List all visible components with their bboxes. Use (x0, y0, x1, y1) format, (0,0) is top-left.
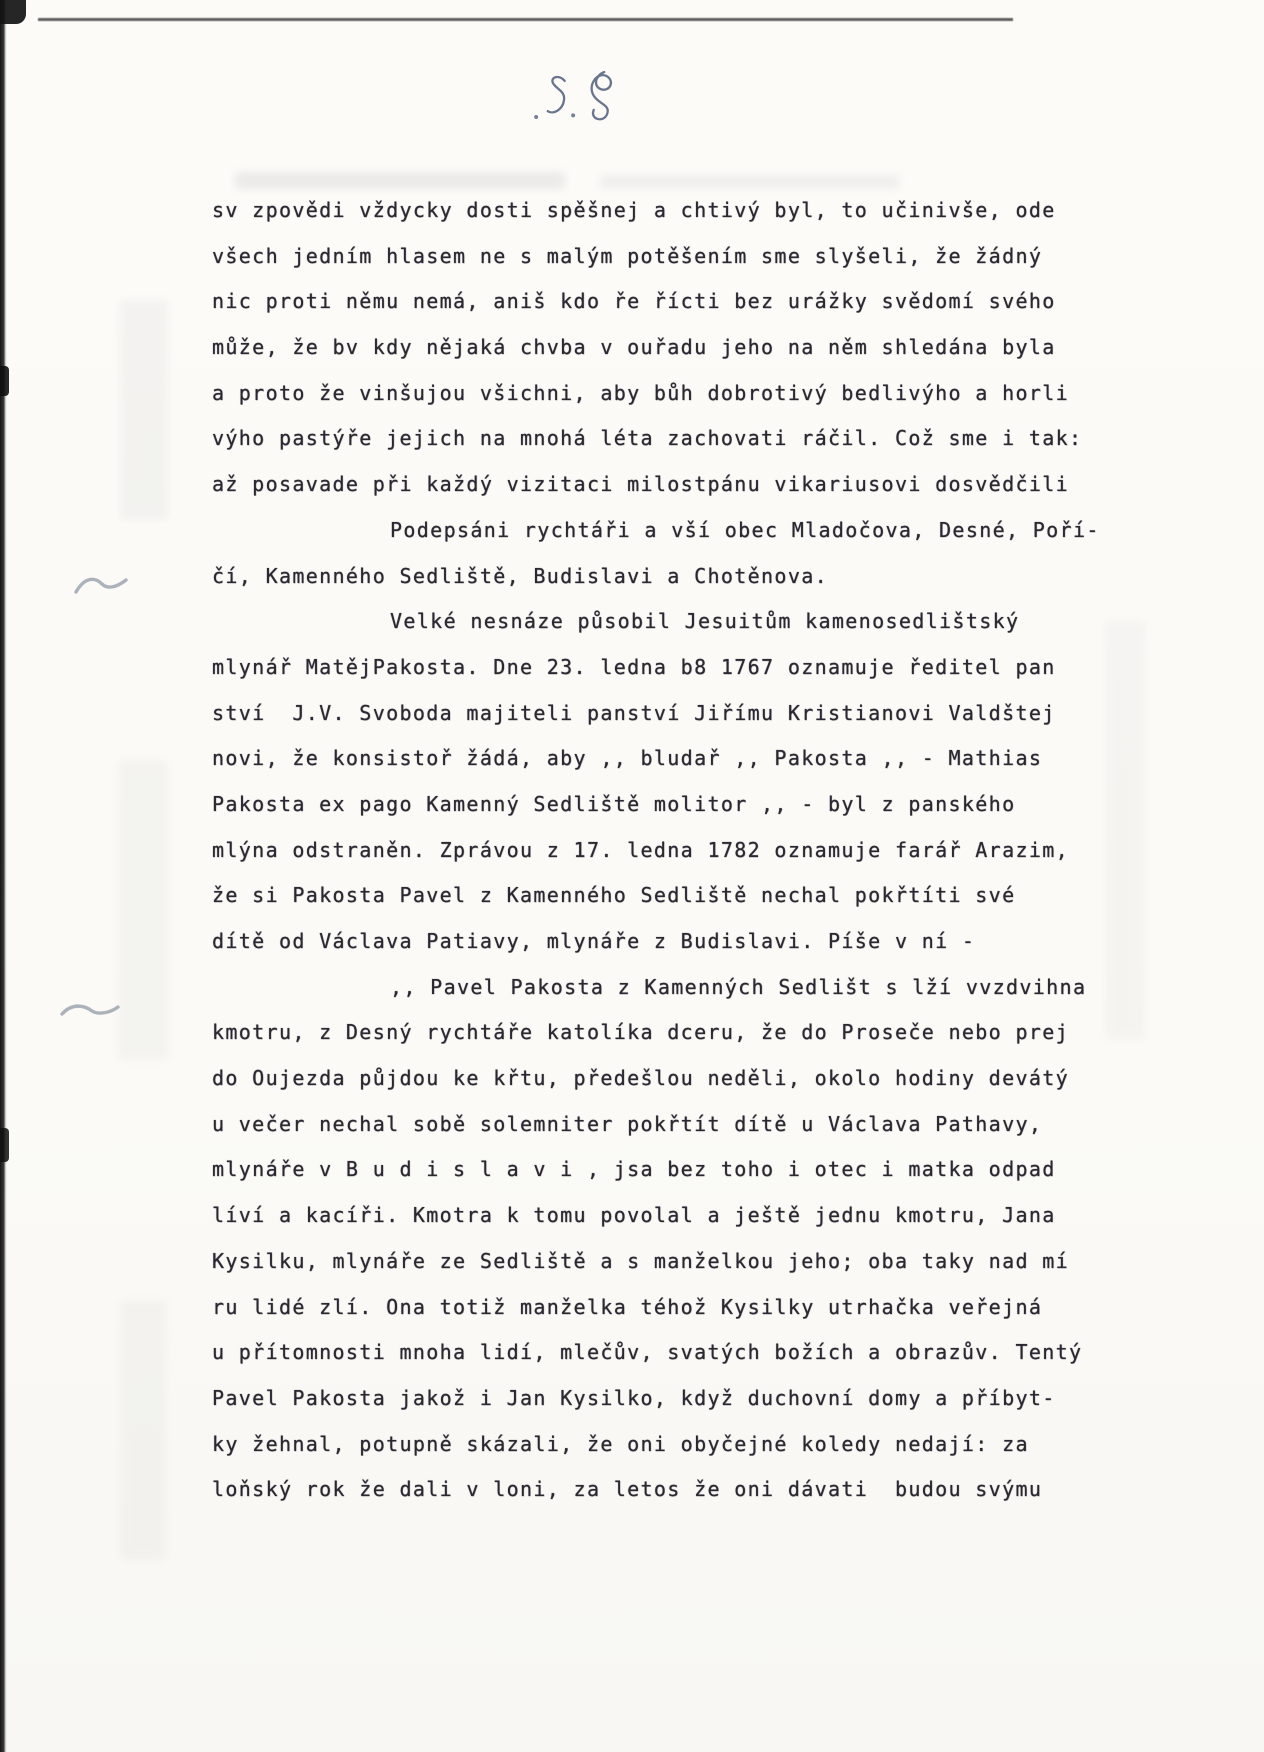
bleedthrough-smudge (600, 175, 900, 189)
text-line: že si Pakosta Pavel z Kamenného Sedliště… (212, 873, 1132, 919)
bleedthrough-smudge (120, 1300, 166, 1560)
margin-pen-mark-icon (72, 570, 132, 604)
bleedthrough-smudge (120, 300, 168, 520)
text-line: kmotru, z Desný rychtáře katolíka dceru,… (212, 1010, 1132, 1056)
text-line: ství J.V. Svoboda majiteli panství Jiřím… (212, 691, 1132, 737)
text-line: do Oujezda půjdou ke křtu, předešlou ned… (212, 1056, 1132, 1102)
scan-edge-left (0, 0, 7, 1752)
text-line: Velké nesnáze působil Jesuitům kamenosed… (212, 599, 1132, 645)
text-line: sv zpovědi vždycky dosti spěšnej a chtiv… (212, 188, 1132, 234)
text-line: výho pastýře jejich na mnohá léta zachov… (212, 416, 1132, 462)
scan-edge-top-line (38, 18, 1013, 21)
text-line: ky žehnal, potupně skázali, že oni obyče… (212, 1422, 1132, 1468)
text-line: líví a kacíři. Kmotra k tomu povolal a j… (212, 1193, 1132, 1239)
text-line: dítě od Václava Patiavy, mlynáře z Budis… (212, 919, 1132, 965)
text-line: až posavade při každý vizitaci milostpán… (212, 462, 1132, 508)
bleedthrough-smudge (118, 760, 168, 1060)
text-line: u večer nechal sobě solemniter pokřtít d… (212, 1102, 1132, 1148)
text-line: ,, Pavel Pakosta z Kamenných Sedlišt s l… (212, 965, 1132, 1011)
bleedthrough-smudge (235, 172, 565, 189)
text-line: nic proti němu nemá, aniš kdo ře řícti b… (212, 279, 1132, 325)
text-line: Pavel Pakosta jakož i Jan Kysilko, když … (212, 1376, 1132, 1422)
text-line: mlynář MatějPakosta. Dne 23. ledna b8 17… (212, 645, 1132, 691)
text-line: mlynáře v B u d i s l a v i , jsa bez to… (212, 1147, 1132, 1193)
scanned-page: sv zpovědi vždycky dosti spěšnej a chtiv… (0, 0, 1264, 1752)
text-line: ru lidé zlí. Ona totiž manželka téhož Ky… (212, 1285, 1132, 1331)
text-line: a proto že vinšujou všichni, aby bůh dob… (212, 371, 1132, 417)
text-line: novi, že konsistoř žádá, aby ,, bludař ,… (212, 736, 1132, 782)
text-line: mlýna odstraněn. Zprávou z 17. ledna 178… (212, 828, 1132, 874)
handwritten-page-number (526, 65, 630, 134)
text-line: Pakosta ex pago Kamenný Sedliště molitor… (212, 782, 1132, 828)
text-line: čí, Kamenného Sedliště, Budislavi a Chot… (212, 554, 1132, 600)
text-line: u přítomnosti mnoha lidí, mlečův, svatýc… (212, 1330, 1132, 1376)
typewritten-text-block: sv zpovědi vždycky dosti spěšnej a chtiv… (212, 188, 1132, 1513)
text-line: všech jedním hlasem ne s malým potěšením… (212, 234, 1132, 280)
text-line: loňský rok že dali v loni, za letos že o… (212, 1467, 1132, 1513)
scan-edge-nick (0, 1128, 9, 1162)
text-line: může, že bv kdy nějaká chvba v ouřadu je… (212, 325, 1132, 371)
text-line: Podepsáni rychtáři a vší obec Mladočova,… (212, 508, 1132, 554)
scan-corner-blob (0, 0, 26, 24)
text-line: Kysilku, mlynáře ze Sedliště a s manželk… (212, 1239, 1132, 1285)
scan-edge-nick (0, 366, 9, 396)
margin-pen-mark-icon (58, 998, 122, 1028)
